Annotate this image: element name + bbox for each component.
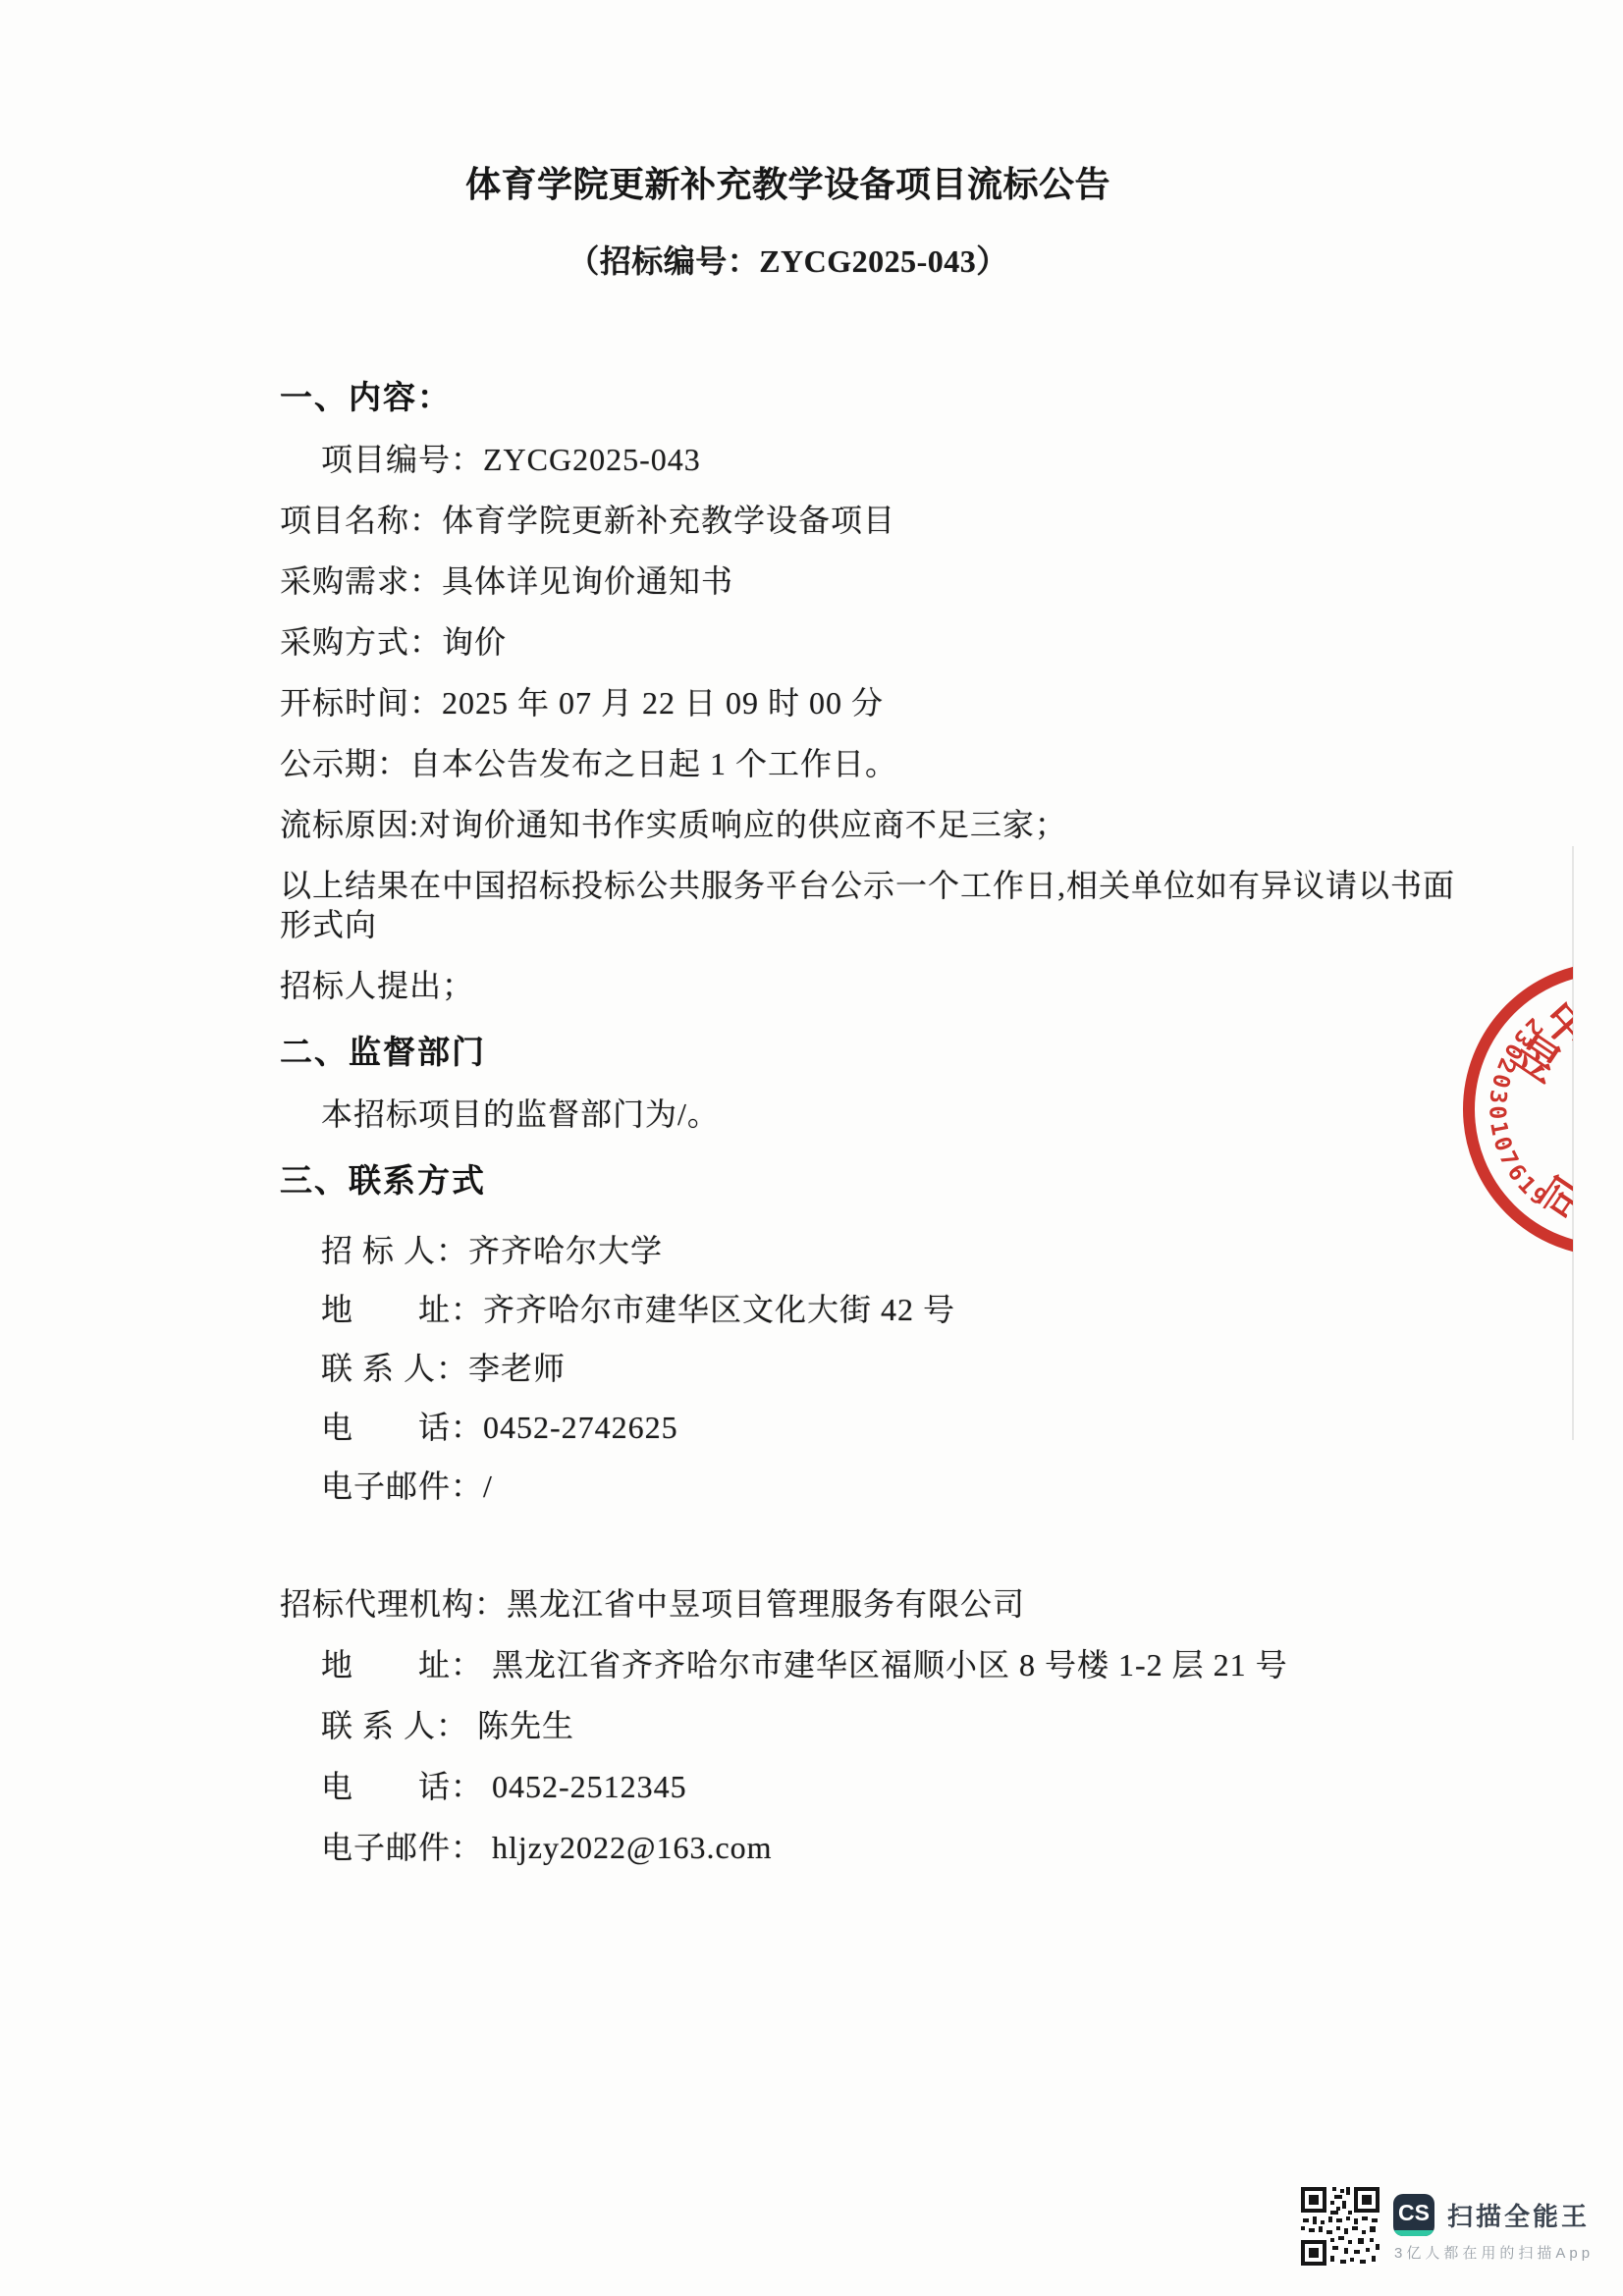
- section-heading-contact: 三、联系方式: [280, 1155, 1463, 1201]
- field-failure-reason: 流标原因:对询价通知书作实质响应的供应商不足三家；: [280, 805, 1463, 844]
- field-agency-contact: 联 系 人： 陈先生: [280, 1706, 1463, 1745]
- field-project-name: 项目名称：体育学院更新补充教学设备项目: [280, 501, 1463, 540]
- scanned-document-page: 体育学院更新补充教学设备项目流标公告 （招标编号：ZYCG2025-043） 一…: [0, 0, 1623, 2296]
- field-tenderer-email: 电子邮件：/: [280, 1467, 1463, 1506]
- field-project-number: 项目编号：ZYCG2025-043: [280, 440, 1463, 479]
- field-tenderer-address: 地 址：齐齐哈尔市建华区文化大街 42 号: [280, 1290, 1463, 1329]
- field-supervision-department: 本招标项目的监督部门为/。: [280, 1095, 1463, 1134]
- tender-number-subtitle: （招标编号：ZYCG2025-043）: [196, 237, 1380, 282]
- seal-glyph-bottom: 司: [1534, 1170, 1595, 1230]
- camscanner-logo-accent-bar: [1393, 2230, 1434, 2236]
- paragraph-result-line1: 以上结果在中国招标投标公共服务平台公示一个工作日,相关单位如有异议请以书面形式向: [280, 866, 1463, 944]
- document-title: 体育学院更新补充教学设备项目流标公告: [196, 157, 1380, 207]
- section-heading-content: 一、内容：: [280, 372, 1463, 418]
- red-official-seal: 2302030107619 中 昱 司: [1414, 913, 1623, 1306]
- document-body: 体育学院更新补充教学设备项目流标公告 （招标编号：ZYCG2025-043） 一…: [280, 157, 1463, 1889]
- field-bid-opening-time: 开标时间：2025 年 07 月 22 日 09 时 00 分: [280, 683, 1463, 722]
- camscanner-logo: CS: [1393, 2194, 1434, 2236]
- field-tenderer-name: 招 标 人：齐齐哈尔大学: [280, 1231, 1463, 1270]
- field-agency-name: 招标代理机构：黑龙江省中昱项目管理服务有限公司: [280, 1584, 1463, 1624]
- field-tenderer-phone: 电 话：0452-2742625: [280, 1408, 1463, 1447]
- camscanner-app-name: 扫描全能王: [1447, 2197, 1590, 2233]
- camscanner-tagline: 3亿人都在用的扫描App: [1394, 2242, 1594, 2263]
- paragraph-result-line2: 招标人提出；: [280, 966, 1463, 1005]
- field-publicity-period: 公示期：自本公告发布之日起 1 个工作日。: [280, 744, 1463, 783]
- section-heading-supervision: 二、监督部门: [280, 1027, 1463, 1073]
- field-procurement-method: 采购方式：询价: [280, 622, 1463, 662]
- field-procurement-requirement: 采购需求：具体详见询价通知书: [280, 561, 1463, 601]
- camscanner-logo-letters: CS: [1393, 2196, 1434, 2229]
- qr-code: [1301, 2187, 1380, 2266]
- field-agency-address: 地 址： 黑龙江省齐齐哈尔市建华区福顺小区 8 号楼 1-2 层 21 号: [280, 1645, 1463, 1684]
- field-agency-phone: 电 话： 0452-2512345: [280, 1767, 1463, 1806]
- field-tenderer-contact: 联 系 人：李老师: [280, 1349, 1463, 1388]
- field-agency-email: 电子邮件： hljzy2022@163.com: [280, 1828, 1463, 1867]
